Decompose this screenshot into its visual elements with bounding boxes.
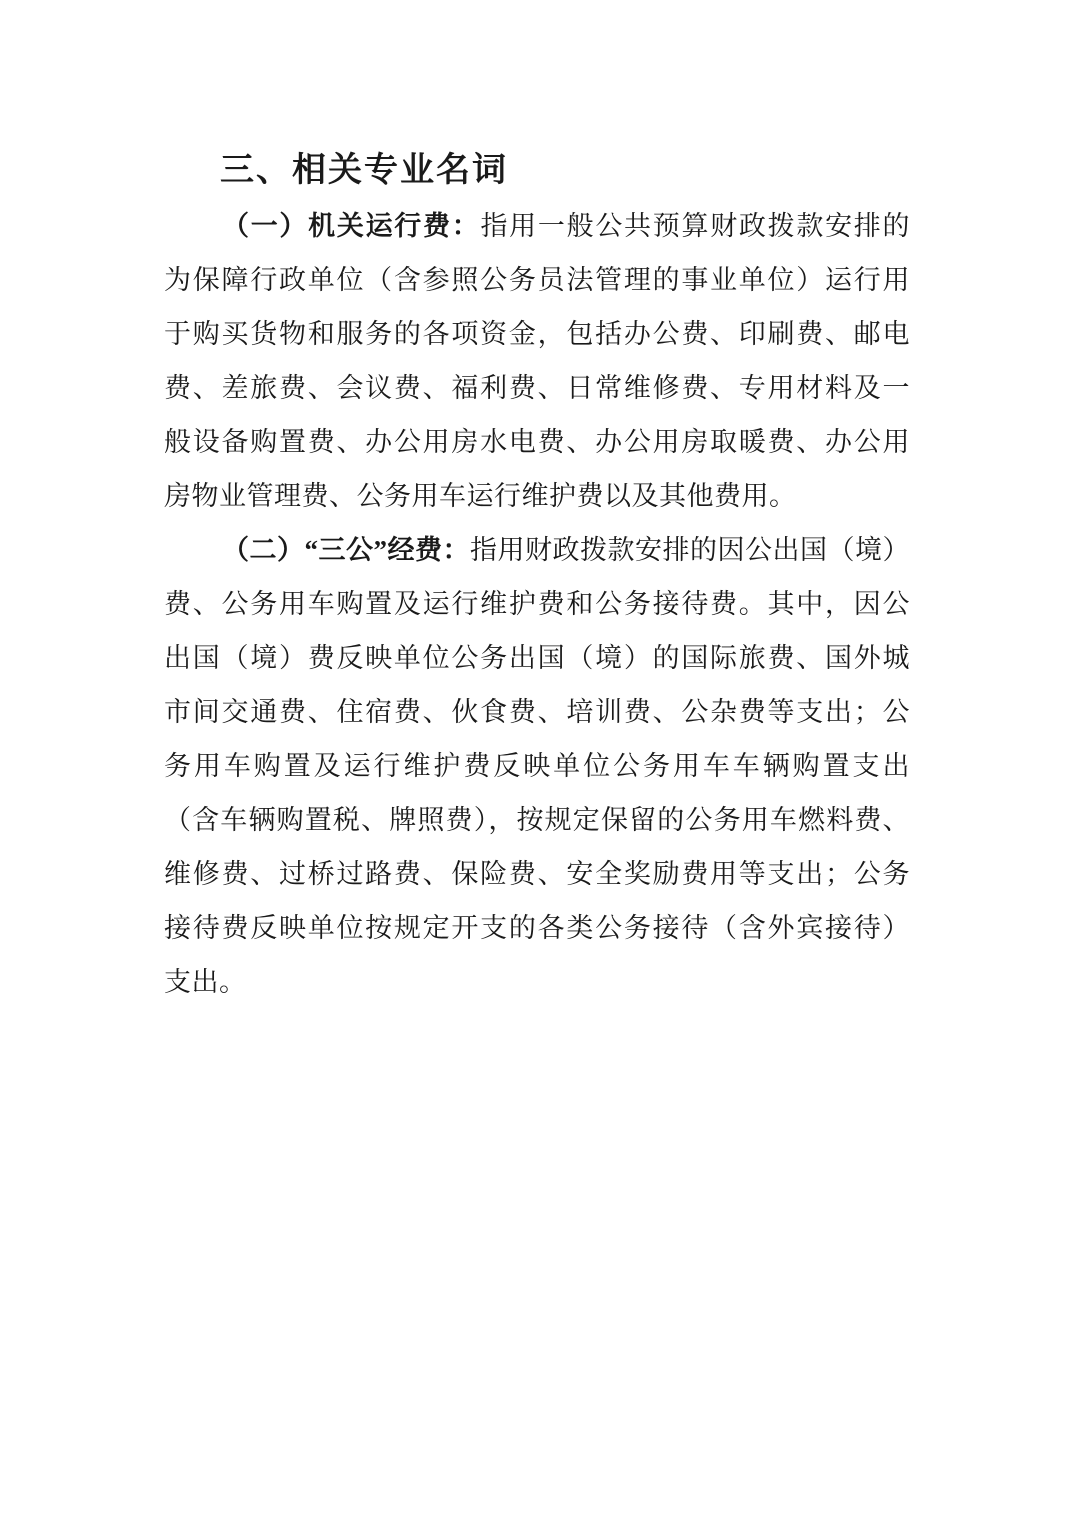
text-line: （含车辆购置税、牌照费），按规定保留的公务用车燃料费、 (164, 793, 910, 847)
text-line: 务用车购置及运行维护费反映单位公务用车车辆购置支出 (164, 739, 910, 793)
line-text: 务用车购置及运行维护费反映单位公务用车车辆购置支出 (164, 751, 910, 781)
line-text: 费、差旅费、会议费、福利费、日常维修费、专用材料及一 (164, 373, 910, 403)
line-text: 市间交通费、住宿费、伙食费、培训费、公杂费等支出；公 (164, 697, 910, 727)
text-line: （一）机关运行费：指用一般公共预算财政拨款安排的 (164, 199, 910, 253)
line-text: 出国（境）费反映单位公务出国（境）的国际旅费、国外城 (164, 643, 910, 673)
section-heading: 三、相关专业名词 (164, 142, 910, 198)
line-text: 般设备购置费、办公用房水电费、办公用房取暖费、办公用 (164, 427, 910, 457)
line-text: 指用财政拨款安排的因公出国（境） (470, 535, 910, 565)
text-line: 维修费、过桥过路费、保险费、安全奖励费用等支出；公务 (164, 847, 910, 901)
term-label: （二）“三公”经费： (222, 535, 470, 565)
line-text: 指用一般公共预算财政拨款安排的 (480, 211, 910, 241)
text-line: 市间交通费、住宿费、伙食费、培训费、公杂费等支出；公 (164, 685, 910, 739)
document-content: 三、相关专业名词 （一）机关运行费：指用一般公共预算财政拨款安排的为保障行政单位… (164, 142, 910, 1009)
line-text: 维修费、过桥过路费、保险费、安全奖励费用等支出；公务 (164, 859, 910, 889)
text-line: 为保障行政单位（含参照公务员法管理的事业单位）运行用 (164, 253, 910, 307)
text-line: 般设备购置费、办公用房水电费、办公用房取暖费、办公用 (164, 415, 910, 469)
text-line: 接待费反映单位按规定开支的各类公务接待（含外宾接待） (164, 901, 910, 955)
line-text: 支出。 (164, 967, 247, 997)
document-page: 三、相关专业名词 （一）机关运行费：指用一般公共预算财政拨款安排的为保障行政单位… (0, 0, 1074, 1520)
text-line: （二）“三公”经费：指用财政拨款安排的因公出国（境） (164, 523, 910, 577)
text-line: 费、差旅费、会议费、福利费、日常维修费、专用材料及一 (164, 361, 910, 415)
text-line: 于购买货物和服务的各项资金，包括办公费、印刷费、邮电 (164, 307, 910, 361)
line-text: 费、公务用车购置及运行维护费和公务接待费。其中，因公 (164, 589, 910, 619)
text-line: 费、公务用车购置及运行维护费和公务接待费。其中，因公 (164, 577, 910, 631)
line-text: 于购买货物和服务的各项资金，包括办公费、印刷费、邮电 (164, 319, 910, 349)
paragraphs-container: （一）机关运行费：指用一般公共预算财政拨款安排的为保障行政单位（含参照公务员法管… (164, 199, 910, 1009)
text-line: 支出。 (164, 955, 910, 1009)
line-text: 为保障行政单位（含参照公务员法管理的事业单位）运行用 (164, 265, 910, 295)
text-line: 房物业管理费、公务用车运行维护费以及其他费用。 (164, 469, 910, 523)
text-line: 出国（境）费反映单位公务出国（境）的国际旅费、国外城 (164, 631, 910, 685)
line-text: （含车辆购置税、牌照费），按规定保留的公务用车燃料费、 (164, 805, 910, 835)
line-text: 房物业管理费、公务用车运行维护费以及其他费用。 (164, 481, 797, 511)
line-text: 接待费反映单位按规定开支的各类公务接待（含外宾接待） (164, 913, 910, 943)
term-label: （一）机关运行费： (222, 211, 480, 241)
